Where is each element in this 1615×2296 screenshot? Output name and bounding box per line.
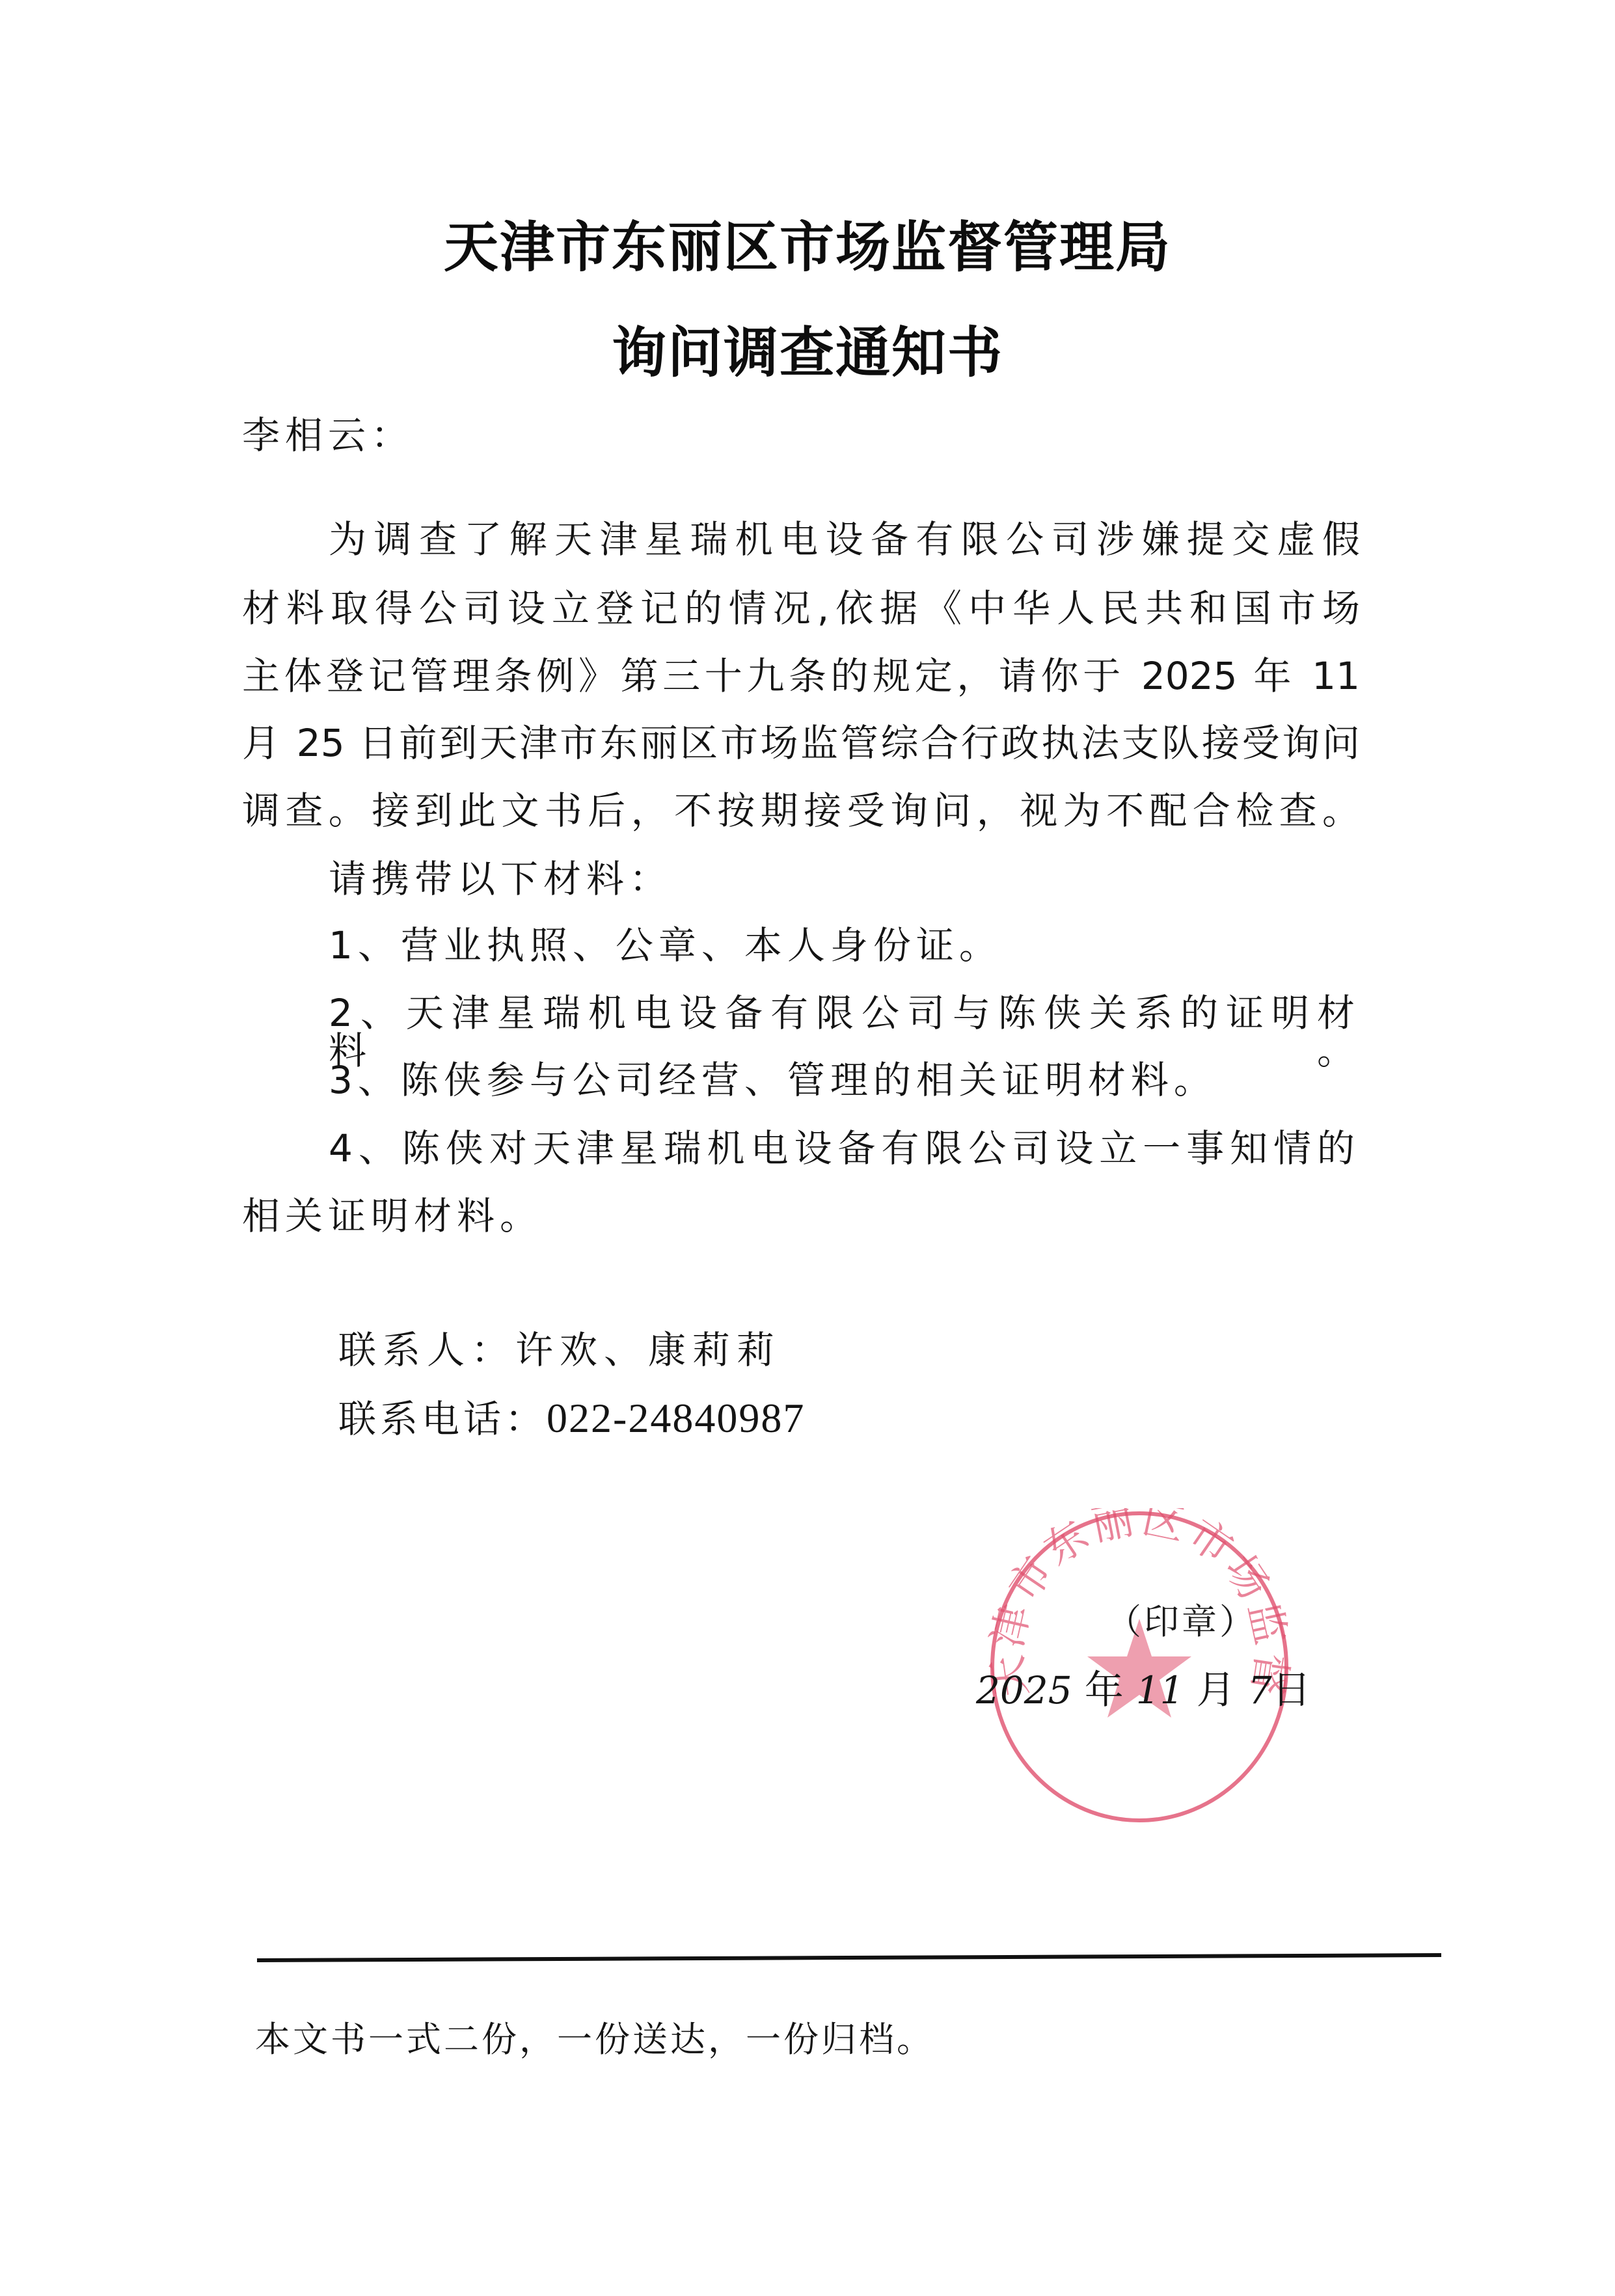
date-day: 7 xyxy=(1248,1668,1272,1712)
contact-label: 联系人： xyxy=(338,1328,515,1372)
date-month-unit: 月 xyxy=(1197,1668,1236,1713)
date-day-unit: 日 xyxy=(1272,1668,1311,1713)
materials-heading: 请携带以下材料： xyxy=(329,860,672,898)
body-line: 材料取得公司设立登记的情况,依据《中华人民共和国市场 xyxy=(242,589,1360,627)
issuing-authority-title: 天津市东丽区市场监督管理局 xyxy=(0,220,1615,275)
contact-phone: 联系电话：022-24840987 xyxy=(338,1398,805,1439)
contact-names: 许欢、康莉莉 xyxy=(515,1328,781,1372)
footer-note: 本文书一式二份，一份送达，一份归档。 xyxy=(255,2022,934,2057)
body-line: 月 25 日前到天津市东丽区市场监管综合行政执法支队接受询问 xyxy=(242,724,1360,762)
materials-item: 4、陈侠对天津星瑞机电设备有限公司设立一事知情的 xyxy=(329,1129,1360,1167)
issue-date: 2025 年 11 月 7日 xyxy=(976,1659,1311,1715)
date-year: 2025 xyxy=(976,1668,1072,1712)
materials-item: 1、营业执照、公章、本人身份证。 xyxy=(329,926,1002,964)
addressee: 李相云： xyxy=(242,416,414,454)
footer-divider xyxy=(257,1953,1441,1962)
document-page: 天津市东丽区市场监督管理局 询问调查通知书 李相云： 为调查了解天津星瑞机电设备… xyxy=(0,0,1615,2296)
materials-item: 3、陈侠参与公司经营、管理的相关证明材料。 xyxy=(329,1061,1217,1099)
body-line: 为调查了解天津星瑞机电设备有限公司涉嫌提交虚假 xyxy=(329,520,1360,558)
notice-title: 询问调查通知书 xyxy=(0,325,1615,380)
phone-label: 联系电话： xyxy=(338,1397,547,1441)
body-line: 主体登记管理条例》第三十九条的规定，请你于 2025 年 11 xyxy=(242,657,1360,695)
date-year-unit: 年 xyxy=(1085,1668,1124,1713)
body-line: 调查。接到此文书后，不按期接受询问，视为不配合检查。 xyxy=(242,792,1360,830)
phone-number: 022-24840987 xyxy=(547,1395,805,1441)
materials-item-continuation: 相关证明材料。 xyxy=(242,1197,543,1235)
contact-persons: 联系人：许欢、康莉莉 xyxy=(338,1331,781,1369)
date-month: 11 xyxy=(1136,1668,1184,1712)
seal-placeholder: （印章） xyxy=(1106,1594,1257,1644)
